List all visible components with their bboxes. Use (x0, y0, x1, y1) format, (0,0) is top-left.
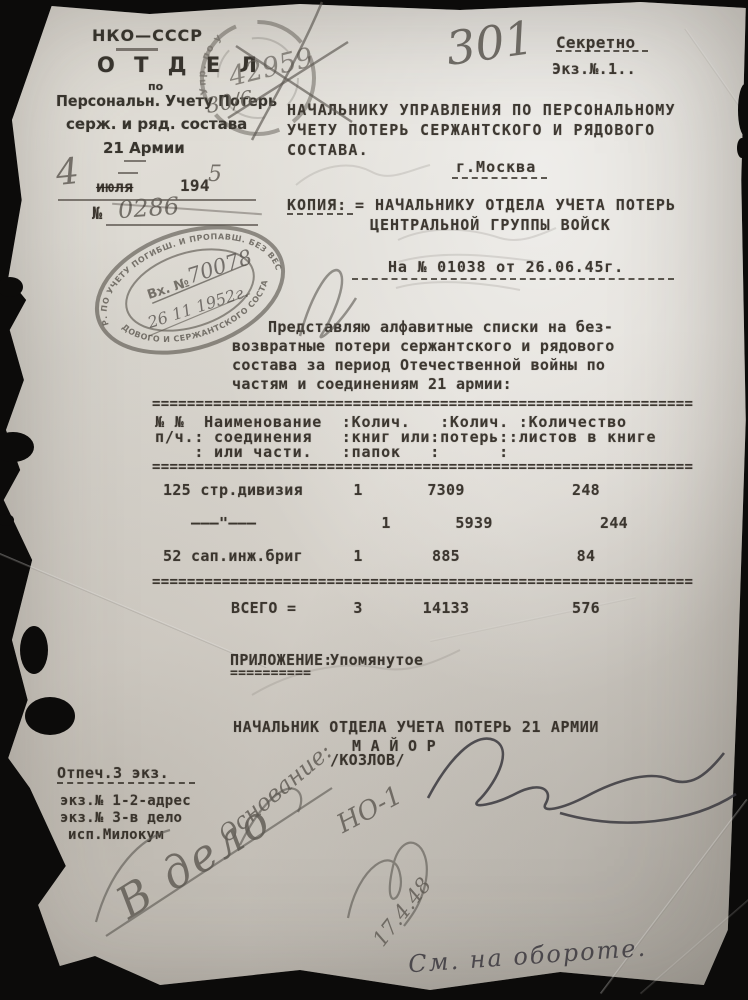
faint-pencil-ghost (252, 165, 556, 695)
document-scan: Секретно Экз.№.1.. НКО—СССР О Т Д Е Л по… (0, 0, 748, 1000)
pencil-scribbles-bottom (96, 788, 427, 936)
pencil-flourish (300, 270, 356, 337)
pencil-cross-out (228, 2, 352, 140)
svg-text:РЯДОВОГО И СЕРЖАНТСКОГО СОСТАВ: РЯДОВОГО И СЕРЖАНТСКОГО СОСТАВА (0, 0, 280, 397)
overlay-graphics: Упр. по у УПР. ПО УЧЕТУ ПОГИБШ. И ПРОПАВ… (0, 0, 748, 1000)
signature-kozlov-ink (428, 739, 736, 823)
svg-text:Вх. №: Вх. № (145, 275, 191, 303)
torn-hole (0, 84, 748, 735)
incoming-stamp: УПР. ПО УЧЕТУ ПОГИБШ. И ПРОПАВШ. БЕЗ ВЕС… (0, 0, 299, 405)
round-stamp-partial: Упр. по у (197, 22, 314, 134)
svg-text:УПР. ПО УЧЕТУ ПОГИБШ. И ПРОПАВ: УПР. ПО УЧЕТУ ПОГИБШ. И ПРОПАВШ. БЕЗ ВЕС… (0, 0, 283, 358)
